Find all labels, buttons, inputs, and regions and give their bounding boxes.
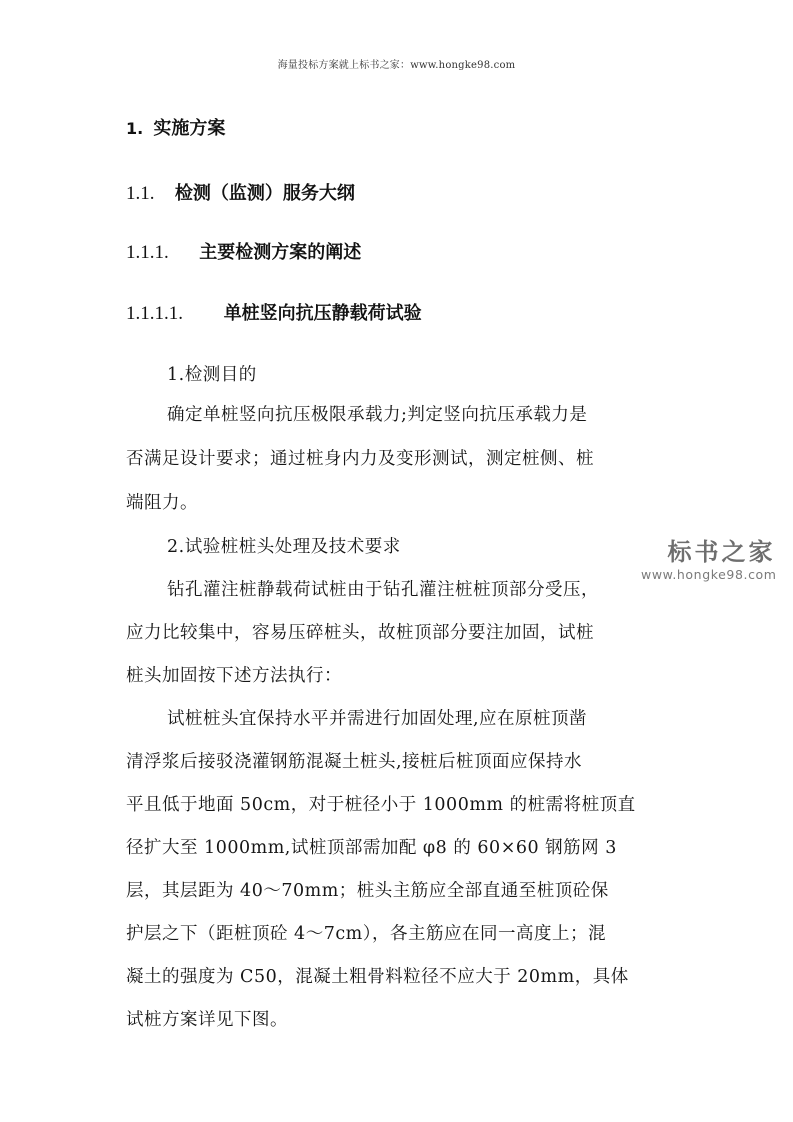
heading-title: 实施方案 [153,118,225,139]
heading-number: 1. [126,119,143,138]
heading-title: 检测（监测）服务大纲 [175,183,355,204]
heading-level-2: 1.1. 检测（监测）服务大纲 [126,179,355,205]
paragraph-line: 端阻力。 [126,484,671,522]
heading-title: 主要检测方案的阐述 [199,242,361,263]
paragraph-line: 试桩方案详见下图。 [126,1001,671,1039]
paragraph-line: 否满足设计要求；通过桩身内力及变形测试，测定桩侧、桩 [126,440,671,478]
paragraph-line: 层，其层距为 40～70mm；桩头主筋应全部直通至桩顶砼保 [126,872,671,910]
watermark-url: www.hongke98.com [641,567,777,582]
paragraph-line: 凝土的强度为 C50，混凝土粗骨料粒径不应大于 20mm，具体 [126,958,671,996]
paragraph-line: 钻孔灌注桩静载荷试桩由于钻孔灌注桩桩顶部分受压， [167,571,712,609]
paragraph-line: 清浮浆后接驳浇灌钢筋混凝土桩头,接桩后桩顶面应保持水 [126,743,671,781]
paragraph-line: 径扩大至 1000mm,试桩顶部需加配 φ8 的 60×60 钢筋网 3 [126,829,671,867]
heading-number: 1.1.1. [126,242,169,263]
section-label-pile-head: 2.试验桩桩头处理及技术要求 [167,528,712,566]
heading-level-4: 1.1.1.1. 单桩竖向抗压静载荷试验 [126,299,422,325]
paragraph-line: 确定单桩竖向抗压极限承载力;判定竖向抗压承载力是 [167,396,712,434]
paragraph-line: 平且低于地面 50cm，对于桩径小于 1000mm 的桩需将桩顶直 [126,786,671,824]
heading-number: 1.1. [126,183,155,204]
section-label-purpose: 1.检测目的 [167,356,712,394]
page-header: 海量投标方案就上标书之家：www.hongke98.com [0,56,793,71]
heading-number: 1.1.1.1. [126,303,183,324]
paragraph-line: 桩头加固按下述方法执行： [126,657,671,695]
heading-title: 单桩竖向抗压静载荷试验 [224,303,422,324]
heading-level-1: 1. 实施方案 [126,114,225,140]
paragraph-line: 护层之下（距桩顶砼 4～7cm），各主筋应在同一高度上；混 [126,915,671,953]
paragraph-line: 试桩桩头宜保持水平并需进行加固处理,应在原桩顶凿 [167,700,712,738]
watermark-logo: 标书之家 [650,532,793,567]
heading-level-3: 1.1.1. 主要检测方案的阐述 [126,238,361,264]
watermark-title: 标书之家 [650,532,793,567]
paragraph-line: 应力比较集中，容易压碎桩头，故桩顶部分要注加固，试桩 [126,614,671,652]
